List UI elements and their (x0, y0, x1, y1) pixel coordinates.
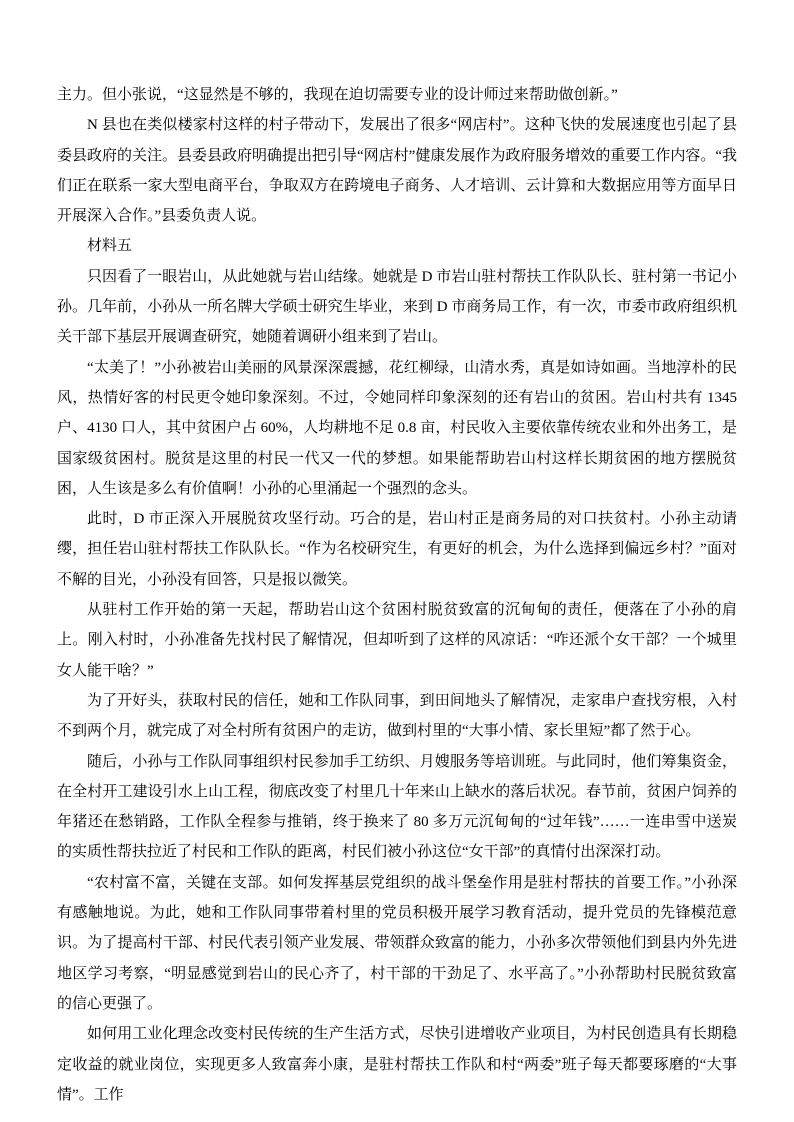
paragraph: 从驻村工作开始的第一天起，帮助岩山这个贫困村脱贫致富的沉甸甸的责任，便落在了小孙… (57, 595, 737, 686)
document-body: 主力。但小张说，“这显然是不够的，我现在迫切需要专业的设计师过来帮助做创新。” … (57, 80, 737, 1110)
paragraph: 如何用工业化理念改变村民传统的生产生活方式，尽快引进增收产业项目，为村民创造具有… (57, 1019, 737, 1110)
paragraph: 此时，D 市正深入开展脱贫攻坚行动。巧合的是，岩山村正是商务局的对口扶贫村。小孙… (57, 504, 737, 595)
paragraph: 只因看了一眼岩山，从此她就与岩山结缘。她就是 D 市岩山驻村帮扶工作队队长、驻村… (57, 262, 737, 353)
document-page: 主力。但小张说，“这显然是不够的，我现在迫切需要专业的设计师过来帮助做创新。” … (0, 0, 794, 1122)
paragraph: N 县也在类似楼家村这样的村子带动下，发展出了很多“网店村”。这种飞快的发展速度… (57, 110, 737, 231)
paragraph-continuation: 主力。但小张说，“这显然是不够的，我现在迫切需要专业的设计师过来帮助做创新。” (57, 80, 737, 110)
material-five-heading: 材料五 (57, 231, 737, 261)
paragraph: “太美了！”小孙被岩山美丽的风景深深震撼，花红柳绿，山清水秀，真是如诗如画。当地… (57, 353, 737, 504)
paragraph: 为了开好头，获取村民的信任，她和工作队同事，到田间地头了解情况，走家串户查找穷根… (57, 686, 737, 747)
paragraph: “农村富不富，关键在支部。如何发挥基层党组织的战斗堡垒作用是驻村帮扶的首要工作。… (57, 868, 737, 1019)
paragraph: 随后，小孙与工作队同事组织村民参加手工纺织、月嫂服务等培训班。与此同时，他们筹集… (57, 747, 737, 868)
